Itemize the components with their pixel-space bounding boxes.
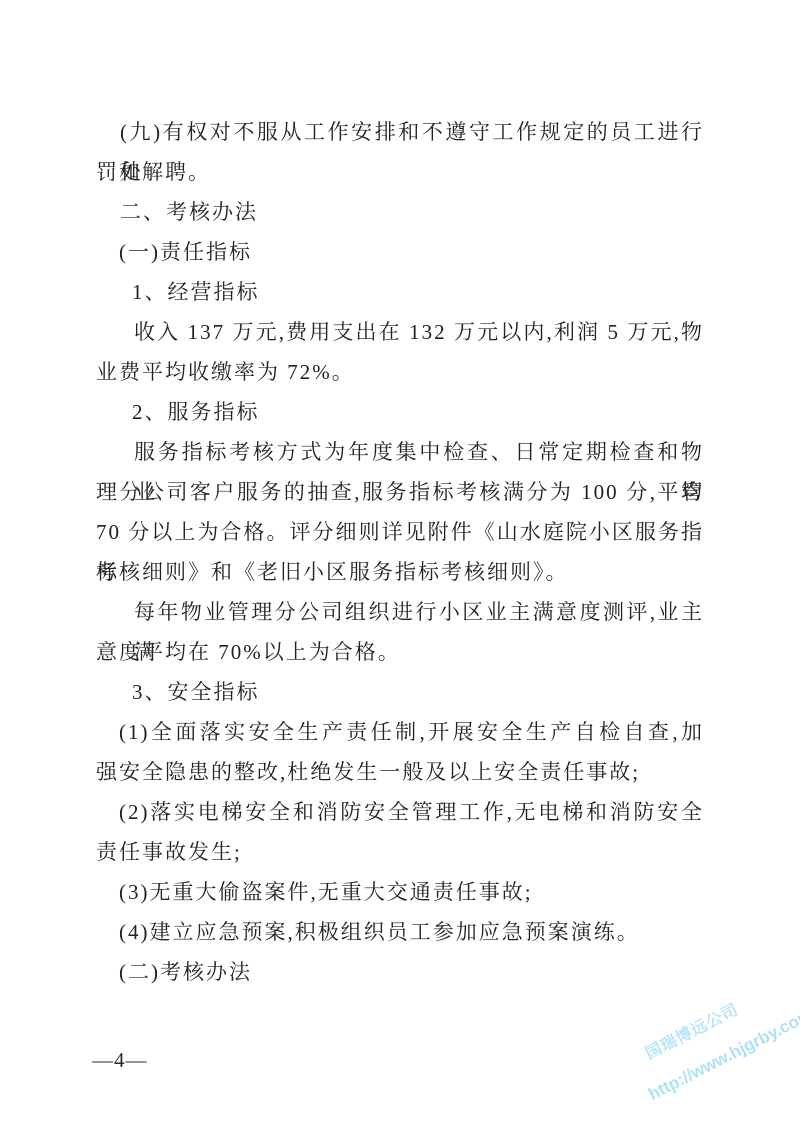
text-line: (4)建立应急预案,积极组织员工参加应急预案演练。 xyxy=(96,912,704,952)
text-line: 70 分以上为合格。评分细则详见附件《山水庭院小区服务指标 xyxy=(96,512,704,552)
text-line: 服务指标考核方式为年度集中检查、日常定期检查和物业管 xyxy=(96,432,704,472)
text-line: 理分公司客户服务的抽查,服务指标考核满分为 100 分,平均 xyxy=(96,472,704,512)
text-line: (2)落实电梯安全和消防安全管理工作,无电梯和消防安全 xyxy=(96,792,704,832)
text-line: 意度平均在 70%以上为合格。 xyxy=(96,632,704,672)
text-line: 二、考核办法 xyxy=(96,192,704,232)
text-line: (九)有权对不服从工作安排和不遵守工作规定的员工进行处 xyxy=(96,112,704,152)
text-line: (3)无重大偷盗案件,无重大交通责任事故; xyxy=(96,872,704,912)
page-number: —4— xyxy=(92,1040,148,1080)
text-line: 收入 137 万元,费用支出在 132 万元以内,利润 5 万元,物 xyxy=(96,312,704,352)
text-line: 强安全隐患的整改,杜绝发生一般及以上安全责任事故; xyxy=(96,752,704,792)
text-line: (二)考核办法 xyxy=(96,952,704,992)
watermark-url-text: http://www.hjgrby.com xyxy=(645,1005,800,1105)
text-line: 业费平均收缴率为 72%。 xyxy=(96,352,704,392)
text-line: (1)全面落实安全生产责任制,开展安全生产自检自查,加 xyxy=(96,712,704,752)
text-line: 1、经营指标 xyxy=(96,272,704,312)
watermark-company-text: 国瑞博远公司 xyxy=(641,997,742,1064)
document-page: (九)有权对不服从工作安排和不遵守工作规定的员工进行处罚和解聘。二、考核办法(一… xyxy=(0,0,800,1131)
text-line: 责任事故发生; xyxy=(96,832,704,872)
text-line: 每年物业管理分公司组织进行小区业主满意度测评,业主满 xyxy=(96,592,704,632)
text-line: 罚和解聘。 xyxy=(96,152,704,192)
text-line: 考核细则》和《老旧小区服务指标考核细则》。 xyxy=(96,552,704,592)
text-line: (一)责任指标 xyxy=(96,232,704,272)
text-line: 2、服务指标 xyxy=(96,392,704,432)
text-line: 3、安全指标 xyxy=(96,672,704,712)
document-body: (九)有权对不服从工作安排和不遵守工作规定的员工进行处罚和解聘。二、考核办法(一… xyxy=(96,112,704,992)
